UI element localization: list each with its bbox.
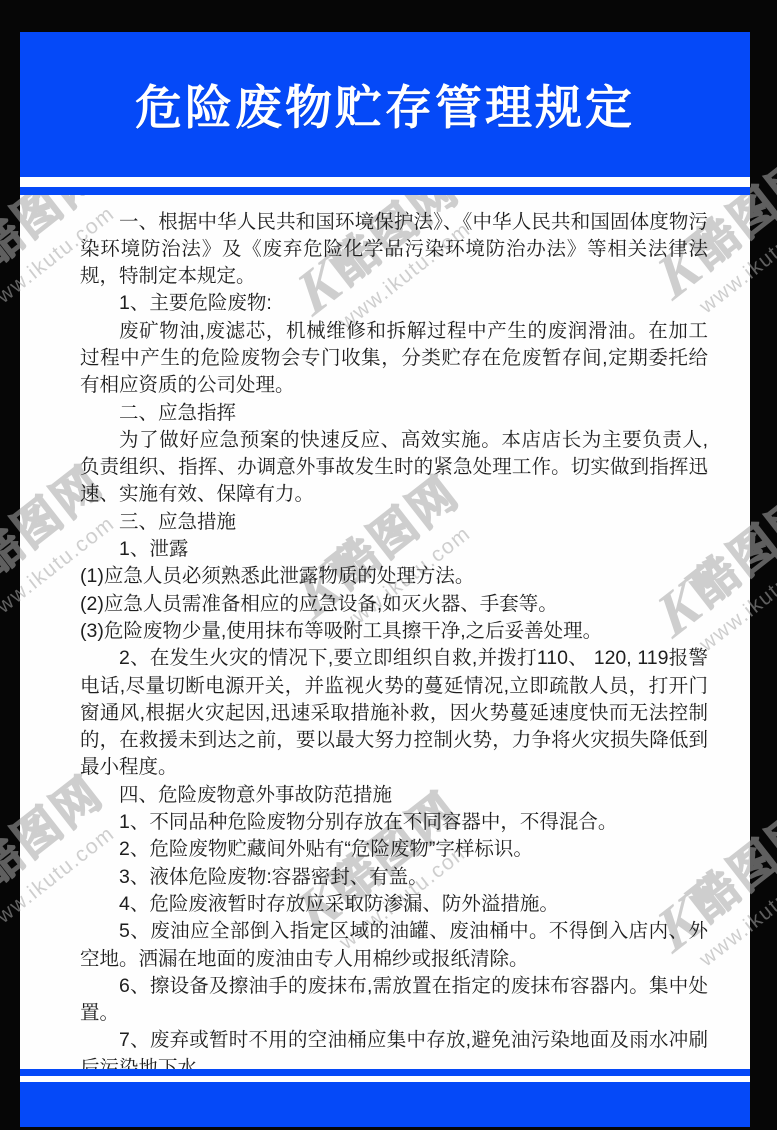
body-paragraph: 1、主要危险废物: — [80, 290, 708, 317]
poster-title: 危险废物贮存管理规定 — [135, 71, 635, 138]
poster-header: 危险废物贮存管理规定 — [20, 32, 750, 177]
divider-stripe-white — [20, 177, 750, 187]
body-paragraph: 为了做好应急预案的快速反应、高效实施。本店店长为主要负责人,负责组织、指挥、办调… — [80, 427, 708, 509]
body-paragraph: 7、废弃或暂时不用的空油桶应集中存放,避免油污染地面及雨水冲刷后污染地下水。 — [80, 1027, 708, 1068]
poster-body: 一、根据中华人民共和国环境保护法》、《中华人民共和国固体度物污染环境防治法》及《… — [20, 195, 750, 1069]
body-paragraph: (1)应急人员必须熟悉此泄露物质的处理方法。 — [80, 563, 708, 590]
body-paragraph: (2)应急人员需准备相应的应急设备,如灭火器、手套等。 — [80, 591, 708, 618]
body-paragraph: 二、应急指挥 — [80, 400, 708, 427]
body-paragraph: 3、液体危险废物:容器密封、有盖。 — [80, 864, 708, 891]
footer-stripe-blue — [20, 1069, 750, 1076]
body-paragraph: 1、泄露 — [80, 536, 708, 563]
body-paragraph: 三、应急措施 — [80, 509, 708, 536]
body-paragraph: 6、擦设备及擦油手的废抹布,需放置在指定的废抹布容器内。集中处置。 — [80, 973, 708, 1028]
divider-stripe-blue — [20, 187, 750, 195]
poster-frame: 危险废物贮存管理规定 一、根据中华人民共和国环境保护法》、《中华人民共和国固体度… — [0, 0, 777, 1130]
poster-footer — [20, 1082, 750, 1127]
body-paragraph: 废矿物油,废滤芯，机械维修和拆解过程中产生的废润滑油。在加工过程中产生的危险废物… — [80, 318, 708, 400]
body-text: 一、根据中华人民共和国环境保护法》、《中华人民共和国固体度物污染环境防治法》及《… — [80, 209, 708, 1069]
body-paragraph: 一、根据中华人民共和国环境保护法》、《中华人民共和国固体度物污染环境防治法》及《… — [80, 209, 708, 291]
poster-page: 危险废物贮存管理规定 一、根据中华人民共和国环境保护法》、《中华人民共和国固体度… — [20, 32, 750, 1127]
body-paragraph: 4、危险废液暂时存放应采取防渗漏、防外溢措施。 — [80, 891, 708, 918]
body-paragraph: (3)危险废物少量,使用抹布等吸附工具擦干净,之后妥善处理。 — [80, 618, 708, 645]
body-paragraph: 四、危险废物意外事故防范措施 — [80, 782, 708, 809]
body-paragraph: 2、危险废物贮藏间外贴有“危险废物”字样标识。 — [80, 836, 708, 863]
body-paragraph: 5、废油应全部倒入指定区域的油罐、废油桶中。不得倒入店内、外空地。洒漏在地面的废… — [80, 918, 708, 973]
body-paragraph: 1、不同品种危险废物分别存放在不同容器中，不得混合。 — [80, 809, 708, 836]
body-paragraph: 2、在发生火灾的情况下,要立即组织自救,并拨打110、 120, 119报警电话… — [80, 645, 708, 781]
